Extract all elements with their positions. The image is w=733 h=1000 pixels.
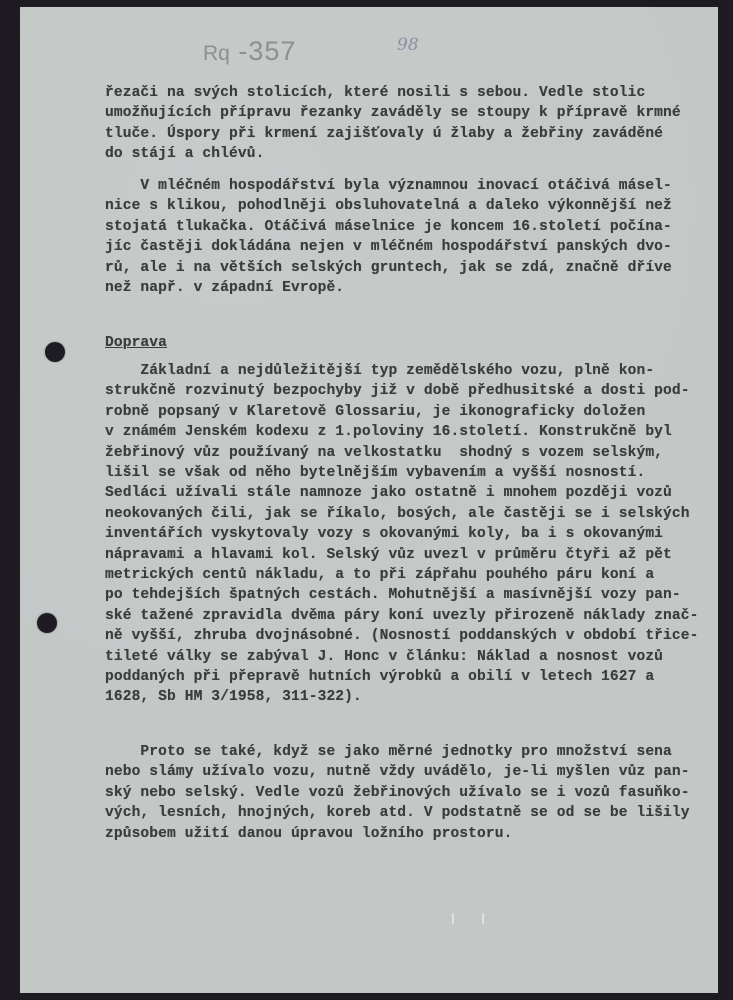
section-heading: Doprava <box>105 333 167 353</box>
text-line: tluče. Úspory při krmení zajišťovaly ú ž… <box>105 124 663 144</box>
text-line: inventářích vyskytovaly vozy s okovanými… <box>105 524 663 544</box>
text-line: vých, lesních, hnojných, koreb atd. V po… <box>105 803 690 823</box>
text-line: tileté války se zabýval J. Honc v článku… <box>105 647 663 667</box>
archive-reference-number: Rq -357 <box>203 36 296 67</box>
reference-prefix: Rq <box>203 42 230 65</box>
text-line: V mléčném hospodářství byla významnou in… <box>105 176 672 196</box>
text-line: způsobem užití danou úpravou ložního pro… <box>105 824 512 844</box>
punch-hole-lower <box>37 613 57 633</box>
text-line: 1628, Sb HM 3/1958, 311-322). <box>105 687 362 707</box>
handwritten-page-number: 98 <box>397 35 419 55</box>
text-line: jíc častěji dokládána nejen v mléčném ho… <box>105 237 672 257</box>
paper-mark <box>482 913 484 924</box>
text-line: ské tažené zpravidla dvěma páry koní uve… <box>105 606 698 626</box>
text-line: nápravami a hlavami kol. Selský vůz uvez… <box>105 545 672 565</box>
text-line: rů, ale i na větších selských gruntech, … <box>105 258 672 278</box>
punch-hole-upper <box>45 342 65 362</box>
text-line: nebo slámy užívalo vozu, nutně vždy uvád… <box>105 762 690 782</box>
text-line: žebřinový vůz používaný na velkostatku s… <box>105 443 663 463</box>
text-line: Sedláci užívali stále namnoze jako ostat… <box>105 483 672 503</box>
text-line: robně popsaný v Klaretově Glossariu, je … <box>105 402 645 422</box>
text-line: neokovaných čili, jak se říkalo, bosých,… <box>105 504 690 524</box>
text-line: než např. v západní Evropě. <box>105 278 344 298</box>
text-line: ně vyšší, zhruba dvojnásobné. (Nosností … <box>105 626 698 646</box>
text-line: ský nebo selský. Vedle vozů žebřinových … <box>105 783 690 803</box>
text-line: do stájí a chlévů. <box>105 144 264 164</box>
reference-number: -357 <box>238 36 296 66</box>
text-line: strukčně rozvinutý bezpochyby již v době… <box>105 381 690 401</box>
text-line: poddaných při přepravě hutních výrobků a… <box>105 667 654 687</box>
text-line: řezači na svých stolicích, které nosili … <box>105 83 645 103</box>
text-line: nice s klikou, pohodlněji obsluhovatelná… <box>105 196 672 216</box>
text-line: lišil se však od něho bytelnějším vybave… <box>105 463 645 483</box>
paper-mark <box>452 913 454 924</box>
text-line: Základní a nejdůležitější typ zemědělské… <box>105 361 654 381</box>
text-line: umožňujících přípravu řezanky zaváděly s… <box>105 103 681 123</box>
text-line: po tehdejších špatných cestách. Mohutněj… <box>105 585 681 605</box>
text-line: Proto se také, když se jako měrné jednot… <box>105 742 672 762</box>
text-line: stojatá tlukačka. Otáčivá máselnice je k… <box>105 217 672 237</box>
text-line: v známém Jenském kodexu z 1.poloviny 16.… <box>105 422 672 442</box>
text-line: metrických centů nákladu, a to při zápřa… <box>105 565 654 585</box>
